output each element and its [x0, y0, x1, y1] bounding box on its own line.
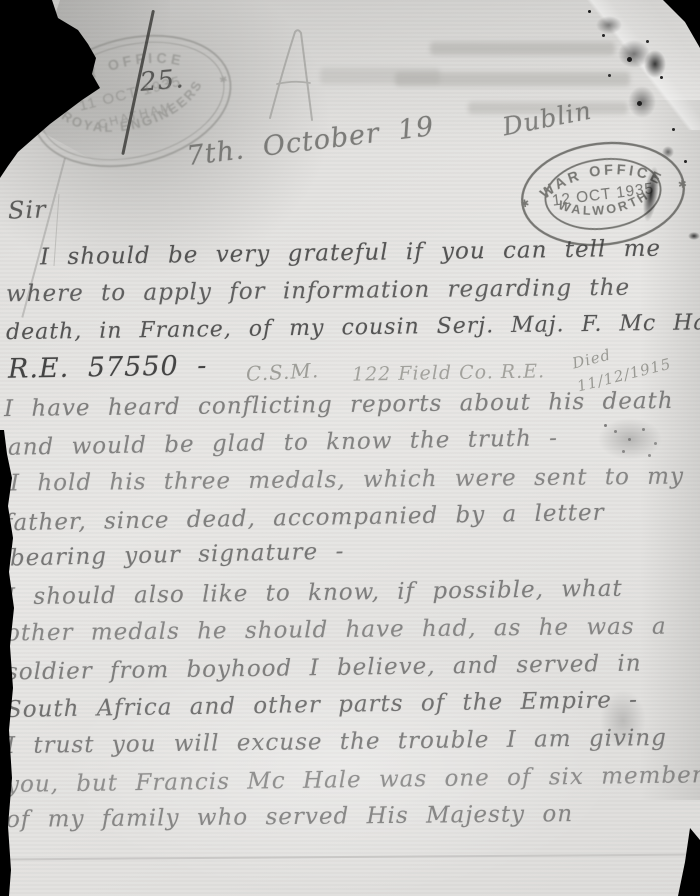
salutation: Sir — [8, 195, 48, 224]
war-office-stamp-arc-bottom: WALWORTH — [555, 187, 654, 223]
war-office-stamp-date: 12 OCT 1935 — [551, 180, 655, 209]
faded-stamp-text — [430, 42, 615, 55]
ink-smudge — [640, 165, 662, 222]
letter-line: father, since dead, accompanied by a let… — [4, 500, 605, 536]
ink-smudge — [596, 16, 622, 34]
letter-line: bearing your signature - — [10, 539, 345, 572]
letter-line: you, but Francis Mc Hale was one of six … — [6, 762, 700, 798]
letter-line: death, in France, of my cousin Serj. Maj… — [6, 310, 700, 345]
house-number: 25. — [139, 64, 186, 98]
letter-line: of my family who served His Majesty on — [6, 801, 573, 833]
war-office-stamp-star-right: ✱ — [678, 180, 688, 192]
letter-line: and would be glad to know the truth - — [8, 425, 558, 461]
letter-line: South Africa and other parts of the Empi… — [6, 687, 638, 723]
date-line: 7th. October 19 — [185, 111, 436, 172]
letter-line: R.E. 57550 - — [8, 350, 208, 384]
scanned-letter-page: 25. Dublin 7th. October 19 PAY OFFICE 11… — [0, 0, 700, 896]
letter-line: soldier from boyhood I believe, and serv… — [6, 651, 642, 686]
bottom-crease — [0, 854, 700, 860]
pencil-rank-annotation: C.S.M. — [245, 358, 319, 386]
letter-line: I trust you will excuse the trouble I am… — [6, 725, 667, 759]
ink-smudge — [688, 232, 700, 240]
ink-speck — [604, 424, 607, 427]
ink-smudge — [600, 690, 646, 750]
letter-line: where to apply for information regarding… — [6, 275, 630, 308]
ink-smudge — [628, 86, 656, 118]
letter-line: other medals he should have had, as he w… — [6, 614, 667, 647]
letter-line: I should also like to know, if possible,… — [6, 576, 623, 611]
letter-paper: 25. Dublin 7th. October 19 PAY OFFICE 11… — [0, 0, 700, 896]
ink-smudge — [662, 146, 674, 158]
pencil-died-label: Died — [570, 346, 612, 373]
svg-text:WALWORTH: WALWORTH — [555, 187, 654, 223]
pay-office-stamp-star-right: ✱ — [218, 74, 228, 87]
faded-address-smudge — [320, 68, 440, 84]
war-office-stamp-star-left: ✱ — [520, 199, 530, 211]
pencil-unit-annotation: 122 Field Co. R.E. — [352, 360, 545, 385]
ink-smudge — [598, 418, 662, 460]
ink-smudge — [644, 50, 666, 78]
pay-office-stamp-office: CHATHAM — [97, 99, 175, 131]
letter-line: I should be very grateful if you can tel… — [40, 236, 661, 271]
letter-line: I hold his three medals, which were sent… — [10, 463, 684, 496]
ink-speck — [588, 10, 591, 13]
letter-line: I have heard conflicting reports about h… — [4, 388, 674, 422]
